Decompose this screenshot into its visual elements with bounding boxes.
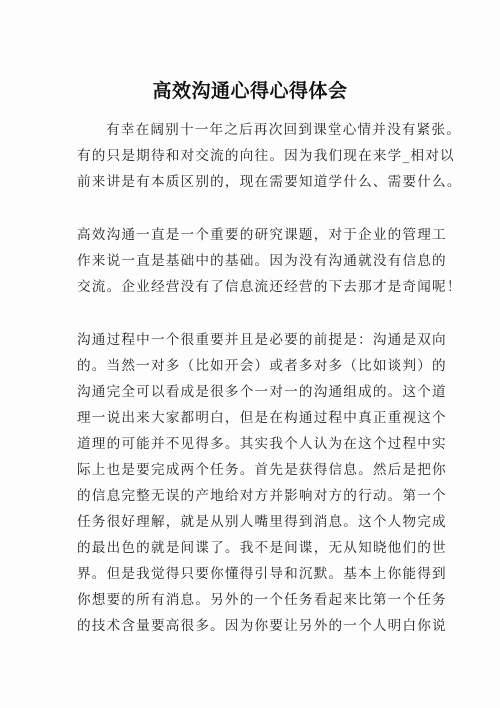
text-line: 沟通过程中一个很重要并且是必要的前提是：沟通是双向 [77, 327, 437, 353]
text-line: 界。但是我觉得只要你懂得引导和沉默。基本上你能得到 [77, 561, 437, 587]
paragraph-3: 沟通过程中一个很重要并且是必要的前提是：沟通是双向 的。当然一对多（比如开会）或… [77, 327, 437, 639]
document-page: 高效沟通心得心得体会 有幸在阔别十一年之后再次回到课堂心情并没有紧张。 有的只是… [0, 0, 500, 708]
document-title: 高效沟通心得心得体会 [0, 76, 500, 103]
text-line: 沟通完全可以看成是很多个一对一的沟通组成的。这个道 [77, 379, 437, 405]
text-line: 交流。企业经营没有了信息流还经营的下去那才是奇闻呢！ [77, 274, 437, 300]
paragraph-2: 高效沟通一直是一个重要的研究课题，对于企业的管理工 作来说一直是基础中的基础。因… [77, 222, 437, 300]
text-line: 的信息完整无误的产地给对方并影响对方的行动。第一个 [77, 483, 437, 509]
text-line: 任务很好理解，就是从别人嘴里得到消息。这个人物完成 [77, 509, 437, 535]
text-line: 际上也是要完成两个任务。首先是获得信息。然后是把你 [77, 457, 437, 483]
text-line: 作来说一直是基础中的基础。因为没有沟通就没有信息的 [77, 248, 437, 274]
text-line: 有的只是期待和对交流的向往。因为我们现在来学_相对以 [77, 143, 437, 169]
text-line: 的技术含量要高很多。因为你要让另外的一个人明白你说 [77, 613, 437, 639]
text-line: 道理的可能并不见得多。其实我个人认为在这个过程中实 [77, 431, 437, 457]
text-line: 前来讲是有本质区别的，现在需要知道学什么、需要什么。 [77, 169, 437, 195]
text-line: 的。当然一对多（比如开会）或者多对多（比如谈判）的 [77, 353, 437, 379]
paragraph-1: 有幸在阔别十一年之后再次回到课堂心情并没有紧张。 有的只是期待和对交流的向往。因… [77, 117, 437, 195]
text-line: 有幸在阔别十一年之后再次回到课堂心情并没有紧张。 [77, 117, 437, 143]
text-line: 高效沟通一直是一个重要的研究课题，对于企业的管理工 [77, 222, 437, 248]
text-line: 理一说出来大家都明白，但是在构通过程中真正重视这个 [77, 405, 437, 431]
text-line: 你想要的所有消息。另外的一个任务看起来比第一个任务 [77, 587, 437, 613]
text-line: 的最出色的就是间谍了。我不是间谍，无从知晓他们的世 [77, 535, 437, 561]
